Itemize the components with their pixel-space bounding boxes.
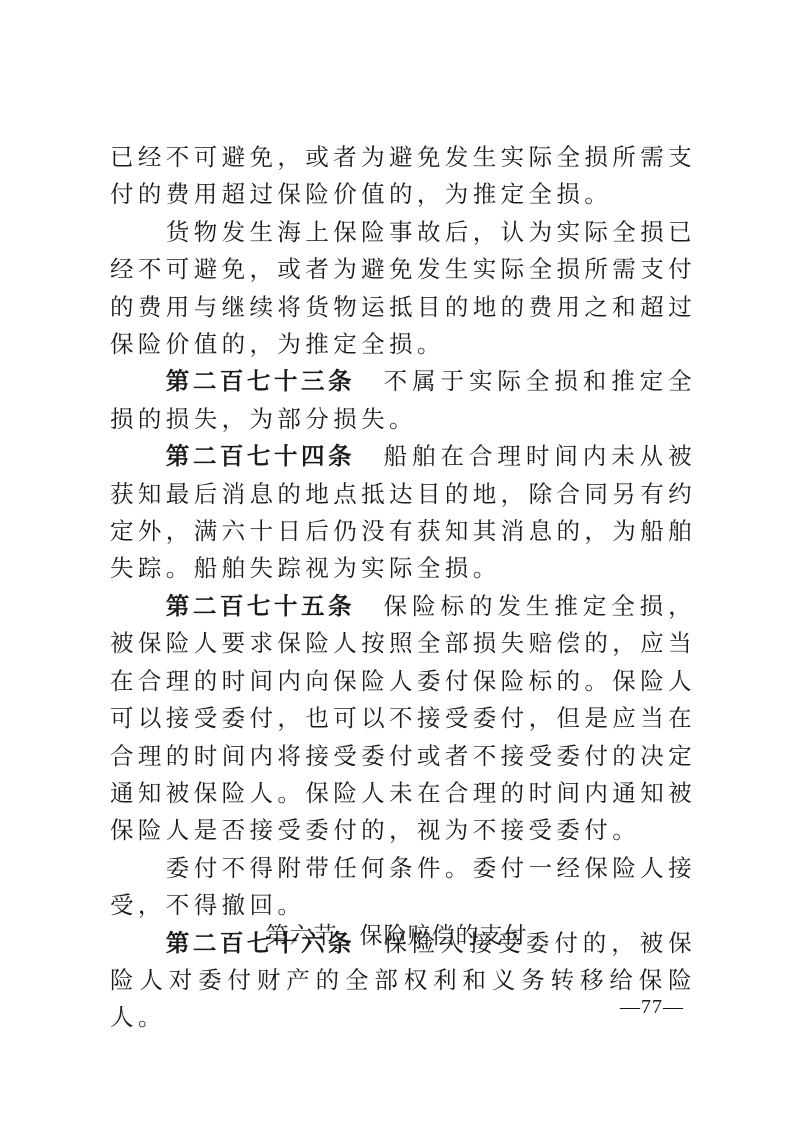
section-heading: 第六节保险赔偿的支付 [0, 917, 793, 950]
article-274: 第二百七十四条船舶在合理时间内未从被获知最后消息的地点抵达目的地，除合同另有约定… [110, 438, 696, 588]
section-name: 保险赔偿的支付 [360, 923, 528, 949]
paragraph-cargo-constructive-loss: 货物发生海上保险事故后，认为实际全损已经不可避免，或者为避免发生实际全损所需支付… [110, 214, 696, 364]
paragraph-text: 货物发生海上保险事故后，认为实际全损已经不可避免，或者为避免发生实际全损所需支付… [110, 218, 696, 358]
paragraph-text: 已经不可避免，或者为避免发生实际全损所需支付的费用超过保险价值的，为推定全损。 [110, 143, 696, 208]
section-number: 第六节 [266, 923, 338, 949]
document-body: 已经不可避免，或者为避免发生实际全损所需支付的费用超过保险价值的，为推定全损。 … [110, 139, 696, 1037]
paragraph-abandonment-conditions: 委付不得附带任何条件。委付一经保险人接受，不得撤回。 [110, 850, 696, 925]
paragraph-continuation: 已经不可避免，或者为避免发生实际全损所需支付的费用超过保险价值的，为推定全损。 [110, 139, 696, 214]
article-text: 保险标的发生推定全损，被保险人要求保险人按照全部损失赔偿的，应当在合理的时间内向… [110, 592, 696, 844]
article-273: 第二百七十三条不属于实际全损和推定全损的损失，为部分损失。 [110, 363, 696, 438]
article-number: 第二百七十三条 [166, 367, 355, 395]
article-number: 第二百七十四条 [166, 442, 355, 470]
article-275: 第二百七十五条保险标的发生推定全损，被保险人要求保险人按照全部损失赔偿的，应当在… [110, 588, 696, 850]
paragraph-text: 委付不得附带任何条件。委付一经保险人接受，不得撤回。 [110, 854, 696, 919]
article-number: 第二百七十五条 [166, 592, 355, 620]
page-number: —77— [620, 996, 684, 1019]
